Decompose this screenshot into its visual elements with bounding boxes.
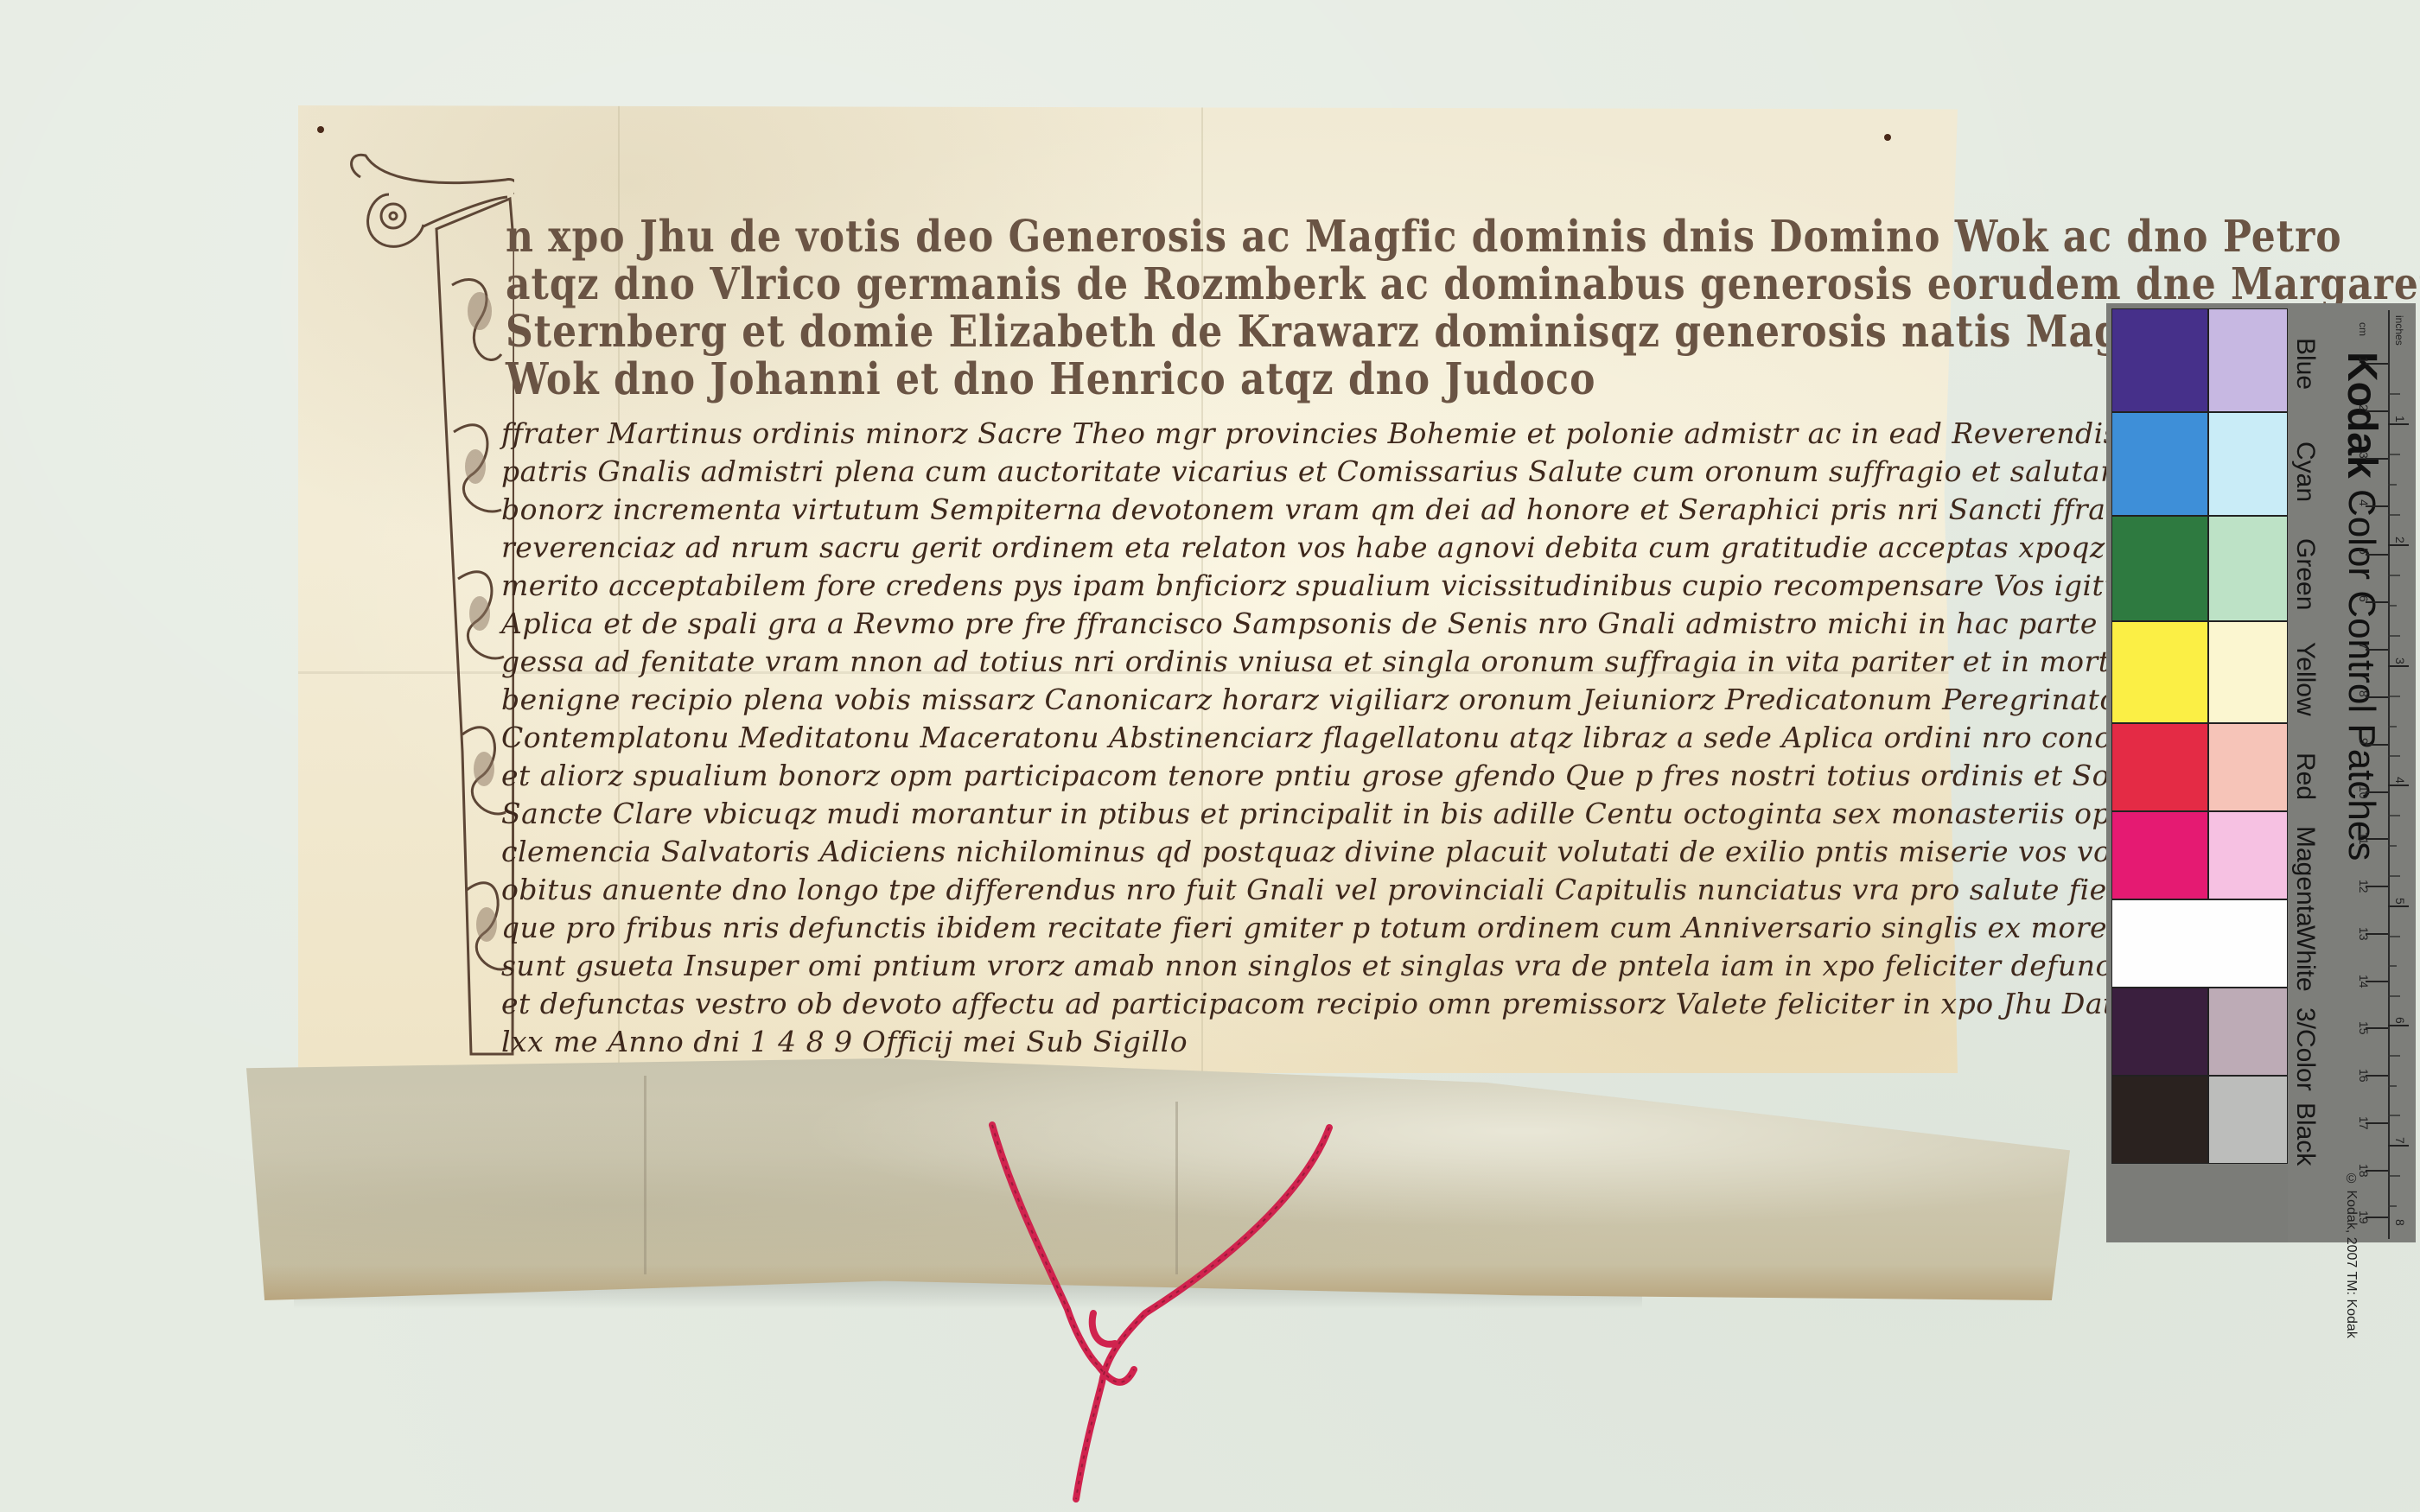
heading-line-4: Wok dno Johanni et dno Henrico atqz dno … [506,354,1595,405]
body-line-dating: lxx me Anno dni 1 4 8 9 Officij mei Sub … [501,1025,1188,1058]
heading-line-2: atqz dno Vlrico germanis de Rozmberk ac … [506,259,2420,310]
heading-line-1: n xpo Jhu de votis deo Generosis ac Magf… [506,212,2342,263]
decorated-initial-letter [341,147,514,1063]
pin-hole [1884,134,1891,141]
body-line: bonorz incrementa virtutum Sempiterna de… [501,492,2238,526]
body-line: Sancte Clare vbicuqz mudi morantur in pt… [501,797,2284,830]
body-line: obitus anuente dno longo tpe differendus… [501,873,2280,906]
pin-hole [317,126,324,133]
body-line: clemencia Salvatoris Adiciens nichilomin… [501,835,2276,868]
body-line: gessa ad fenitate vram nnon ad totius nr… [501,645,2128,678]
body-line: Contemplatonu Meditatonu Maceratonu Abst… [501,721,2205,754]
body-line: patris Gnalis admistri plena cum auctori… [501,454,2197,488]
body-line: Aplica et de spali gra a Revmo pre fre f… [501,607,2098,640]
body-line: ffrater Martinus ordinis minorz Sacre Th… [501,416,2180,450]
body-line: benigne recipio plena vobis missarz Cano… [501,683,2182,716]
plica-crease [1175,1102,1178,1274]
plica-crease [644,1076,646,1274]
body-line: que pro fribus nris defunctis ibidem rec… [501,911,2272,944]
body-line: sunt gsueta Insuper omi pntium vrorz ama… [501,949,2156,982]
ruler-ticks [2106,303,2416,1242]
kodak-color-chart: Kodak Color Control Patches Blue Cyan Gr… [2106,303,2416,1242]
body-line: merito acceptabilem fore credens pys ipa… [501,569,2310,602]
body-line: et aliorz spualium bonorz opm participac… [501,759,2188,792]
body-line: reverenciaz ad nrum sacru gerit ordinem … [501,530,2207,564]
